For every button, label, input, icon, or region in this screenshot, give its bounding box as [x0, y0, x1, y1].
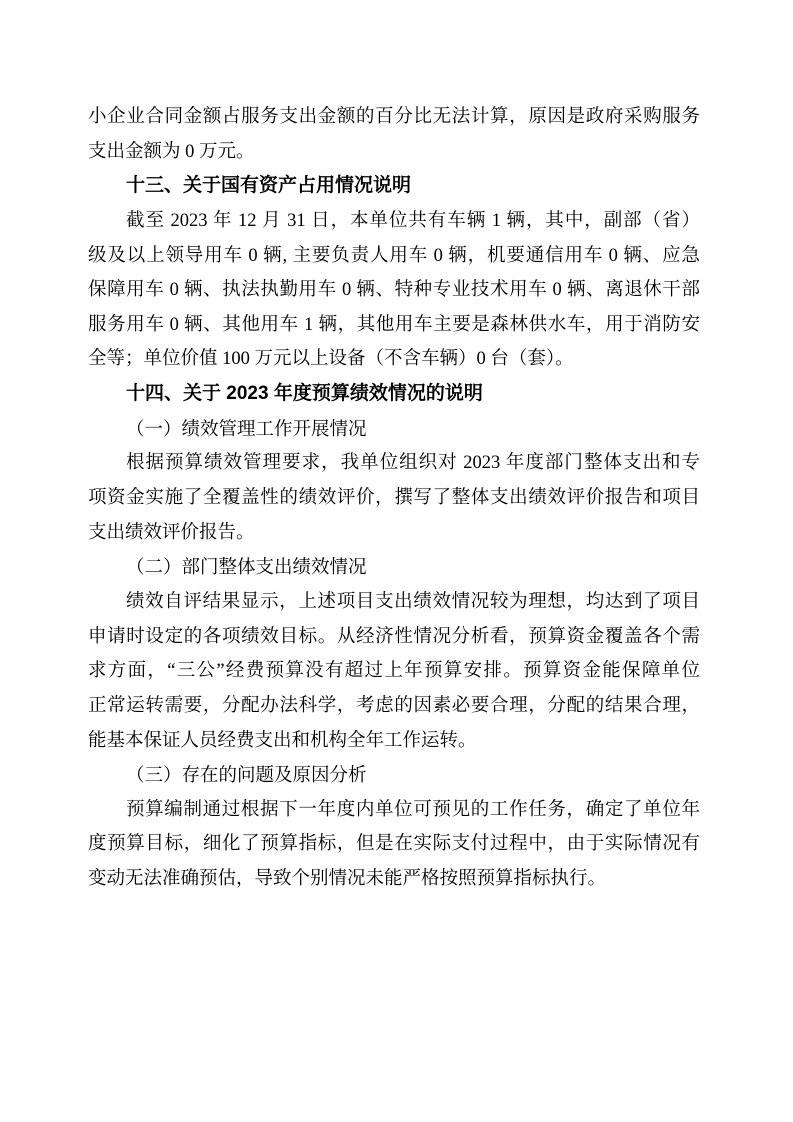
body-line: 支出绩效评价报告。	[88, 516, 700, 551]
body-line: 级及以上领导用车 0 辆, 主要负责人用车 0 辆，机要通信用车 0 辆、应急	[88, 239, 700, 274]
document-text-block: 小企业合同金额占服务支出金额的百分比无法计算，原因是政府采购服务 支出金额为 0…	[88, 100, 700, 897]
body-line: 变动无法准确预估，导致个别情况未能严格按照预算指标执行。	[88, 862, 700, 897]
body-line: 小企业合同金额占服务支出金额的百分比无法计算，原因是政府采购服务	[88, 100, 700, 135]
body-line: 度预算目标，细化了预算指标，但是在实际支付过程中，由于实际情况有	[88, 827, 700, 862]
subsection-heading-2: （二）部门整体支出绩效情况	[88, 550, 700, 585]
section-heading-13: 十三、关于国有资产占用情况说明	[88, 169, 700, 204]
section-heading-14: 十四、关于 2023 年度预算绩效情况的说明	[88, 377, 700, 412]
body-line: 申请时设定的各项绩效目标。从经济性情况分析看，预算资金覆盖各个需	[88, 620, 700, 655]
subsection-heading-3: （三）存在的问题及原因分析	[88, 758, 700, 793]
body-line: 项资金实施了全覆盖性的绩效评价，撰写了整体支出绩效评价报告和项目	[88, 481, 700, 516]
body-line: 求方面，“三公”经费预算没有超过上年预算安排。预算资金能保障单位	[88, 654, 700, 689]
body-line: 保障用车 0 辆、执法执勤用车 0 辆、特种专业技术用车 0 辆、离退休干部	[88, 273, 700, 308]
body-line: 截至 2023 年 12 月 31 日，本单位共有车辆 1 辆，其中，副部（省）	[88, 204, 700, 239]
body-line: 支出金额为 0 万元。	[88, 135, 700, 170]
body-line: 能基本保证人员经费支出和机构全年工作运转。	[88, 724, 700, 759]
body-line: 正常运转需要，分配办法科学，考虑的因素必要合理，分配的结果合理，	[88, 689, 700, 724]
body-line: 服务用车 0 辆、其他用车 1 辆，其他用车主要是森林供水车，用于消防安	[88, 308, 700, 343]
body-line: 全等；单位价值 100 万元以上设备（不含车辆）0 台（套）。	[88, 342, 700, 377]
subsection-heading-1: （一）绩效管理工作开展情况	[88, 412, 700, 447]
body-line: 预算编制通过根据下一年度内单位可预见的工作任务，确定了单位年	[88, 793, 700, 828]
document-page: 小企业合同金额占服务支出金额的百分比无法计算，原因是政府采购服务 支出金额为 0…	[0, 0, 793, 1122]
body-line: 根据预算绩效管理要求，我单位组织对 2023 年度部门整体支出和专	[88, 446, 700, 481]
body-line: 绩效自评结果显示，上述项目支出绩效情况较为理想，均达到了项目	[88, 585, 700, 620]
